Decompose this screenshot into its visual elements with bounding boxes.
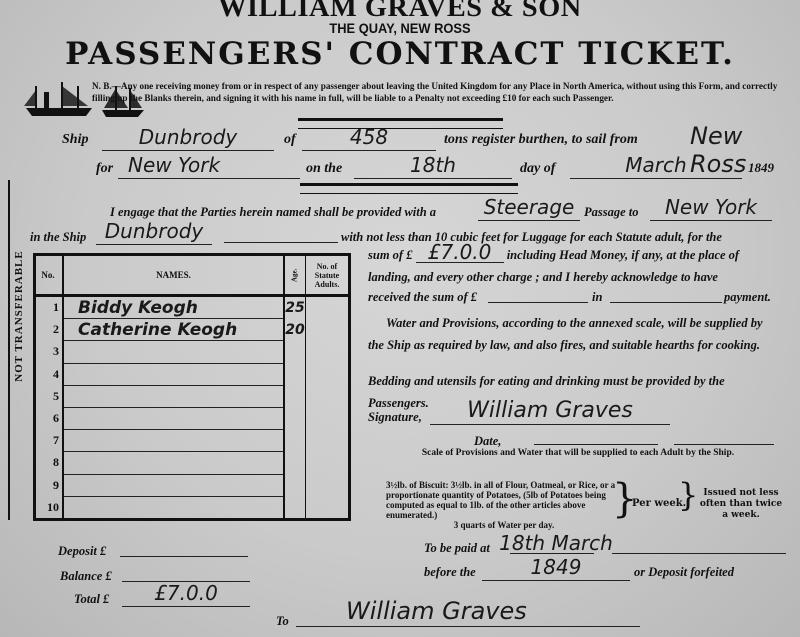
table-row: 5 <box>35 385 350 407</box>
received-label: received the sum of £ <box>368 290 477 305</box>
divider <box>300 183 518 194</box>
passenger-age <box>284 341 306 363</box>
in-ship-label: in the Ship <box>30 230 86 245</box>
col-no: No. <box>35 255 64 296</box>
passenger-age <box>284 363 306 385</box>
class-field: Steerage <box>478 196 580 221</box>
in-ship-field: Dunbrody <box>96 220 212 245</box>
tons-field: 458 <box>302 124 436 151</box>
table-row: 2Catherine Keogh20 <box>35 319 350 341</box>
steamship-icon <box>24 82 92 116</box>
day-of-label: day of <box>520 161 555 177</box>
table-row: 4 <box>35 363 350 385</box>
destination-value: New York <box>128 153 300 177</box>
deposit-label: Deposit £ <box>58 544 106 559</box>
passenger-age <box>284 385 306 407</box>
signature-field: William Graves <box>430 398 670 425</box>
passenger-age <box>284 430 306 452</box>
passenger-name: Catherine Keogh <box>63 319 284 341</box>
passenger-age: 20 <box>284 319 306 341</box>
in-ship-value: Dunbrody <box>96 219 212 243</box>
day-value: 18th <box>354 153 512 177</box>
balance-label: Balance £ <box>60 569 112 584</box>
row-no: 7 <box>35 430 64 452</box>
provisions-detail: 3½lb. of Biscuit: 3½lb. in all of Flour,… <box>386 480 622 520</box>
passage-to-label: Passage to <box>584 205 639 220</box>
table-row: 1Biddy Keogh25 <box>35 296 350 319</box>
col-names: NAMES. <box>63 255 284 296</box>
passenger-name <box>63 452 284 474</box>
forfeit-label: or Deposit forfeited <box>634 565 734 580</box>
passenger-rows: 1Biddy Keogh25 2Catherine Keogh20 3 4 5 … <box>35 296 350 520</box>
statute-adults <box>306 407 350 429</box>
statute-adults <box>306 452 350 474</box>
on-the-label: on the <box>306 161 342 177</box>
destination-field: New York <box>118 152 300 179</box>
firm-address: THE QUAY, NEW ROSS <box>32 20 768 36</box>
passenger-name <box>63 341 284 363</box>
row-no: 8 <box>35 452 64 474</box>
month-field: March <box>570 152 742 179</box>
row-no: 1 <box>35 296 64 319</box>
date-label: Date, <box>474 434 501 449</box>
ship-label: Ship <box>62 132 88 148</box>
tons-label: tons register burthen, to sail from <box>444 132 638 148</box>
before-label: before the <box>424 565 476 580</box>
to-value: William Graves <box>346 597 640 625</box>
day-field: 18th <box>354 152 512 179</box>
row-no: 4 <box>35 363 64 385</box>
statute-adults <box>306 296 350 319</box>
payment-label: payment. <box>724 290 771 305</box>
total-field: £7.0.0 <box>122 582 250 607</box>
deposit-field <box>120 556 248 557</box>
sum-line: sum of £ £7.0.0 including Head Money, if… <box>368 242 780 288</box>
passenger-name <box>63 496 284 519</box>
total-label: Total £ <box>74 592 109 607</box>
passenger-name <box>63 430 284 452</box>
engage-text: I engage that the Parties herein named s… <box>110 205 436 220</box>
statute-adults <box>306 341 350 363</box>
table-row: 6 <box>35 407 350 429</box>
ship-field: Dunbrody <box>102 124 274 151</box>
signature-value: William Graves <box>430 398 670 423</box>
table-row: 3 <box>35 341 350 363</box>
date-field-2 <box>674 444 774 445</box>
row-no: 3 <box>35 341 64 363</box>
sum-value: £7.0.0 <box>416 242 504 263</box>
ticket-title: PASSENGERS' CONTRACT TICKET. <box>0 36 800 72</box>
contract-ticket: WILLIAM GRAVES & SON THE QUAY, NEW ROSS … <box>0 0 800 637</box>
passenger-age <box>284 407 306 429</box>
scale-title: Scale of Provisions and Water that will … <box>366 448 790 459</box>
tons-value: 458 <box>302 125 436 149</box>
date-field-1 <box>534 444 658 445</box>
passenger-age: 25 <box>284 296 306 319</box>
of-label: of <box>284 132 296 148</box>
passenger-age <box>284 496 306 519</box>
water-allowance: 3 quarts of Water per day. <box>386 520 622 530</box>
passenger-name <box>63 407 284 429</box>
row-no: 9 <box>35 474 64 496</box>
passenger-age <box>284 452 306 474</box>
paid-at-field-2 <box>612 553 786 554</box>
issued-text: Issued not less often than twice a week. <box>696 488 786 521</box>
before-date-value: 18th March 1849 <box>482 531 630 579</box>
row-no: 5 <box>35 385 64 407</box>
statute-adults <box>306 363 350 385</box>
class-value: Steerage <box>478 195 580 219</box>
table-header-row: No. NAMES. Age. No. of Statute Adults. <box>35 255 350 296</box>
to-field: William Graves <box>296 596 640 627</box>
not-transferable-label: NOT TRANSFERABLE <box>4 230 30 420</box>
passenger-table: No. NAMES. Age. No. of Statute Adults. 1… <box>33 253 351 521</box>
passage-to-value: New York <box>650 195 772 219</box>
passenger-age <box>284 474 306 496</box>
month-value: March <box>570 153 742 177</box>
table-row: 7 <box>35 430 350 452</box>
passenger-name <box>63 474 284 496</box>
before-date-field: 18th March 1849 <box>482 556 630 581</box>
sum-label: sum of £ <box>368 248 412 262</box>
not-transferable-text: NOT TRANSFERABLE <box>13 231 25 401</box>
col-age: Age. <box>284 255 306 296</box>
statute-adults <box>306 474 350 496</box>
table-row: 10 <box>35 496 350 519</box>
row-no: 10 <box>35 496 64 519</box>
statute-adults <box>306 385 350 407</box>
water-text: Water and Provisions, according to the a… <box>368 312 780 356</box>
ship-value: Dunbrody <box>102 125 274 149</box>
received-in-label: in <box>592 290 602 305</box>
row-no: 6 <box>35 407 64 429</box>
total-value: £7.0.0 <box>122 581 250 605</box>
to-label: To <box>276 614 289 629</box>
for-label: for <box>96 161 113 177</box>
statute-adults <box>306 319 350 341</box>
passenger-name <box>63 385 284 407</box>
passage-to-field: New York <box>650 194 772 221</box>
year-value: 1849 <box>748 160 774 176</box>
statute-adults <box>306 496 350 519</box>
table-row: 9 <box>35 474 350 496</box>
statute-adults <box>306 430 350 452</box>
blank-line <box>224 242 338 243</box>
received-amount-field <box>488 302 588 303</box>
to-be-paid-label: To be paid at <box>424 541 490 556</box>
provisions-text: 3½lb. of Biscuit: 3½lb. in all of Flour,… <box>386 480 622 530</box>
passenger-name: Biddy Keogh <box>63 296 284 319</box>
table-row: 8 <box>35 452 350 474</box>
notice-text: N. B.—Any one receiving money from or in… <box>92 80 782 104</box>
signature-label: Signature, <box>368 410 422 425</box>
col-statute-adults: No. of Statute Adults. <box>306 255 350 296</box>
passenger-name <box>63 363 284 385</box>
payment-type-field <box>610 302 722 303</box>
row-no: 2 <box>35 319 64 341</box>
